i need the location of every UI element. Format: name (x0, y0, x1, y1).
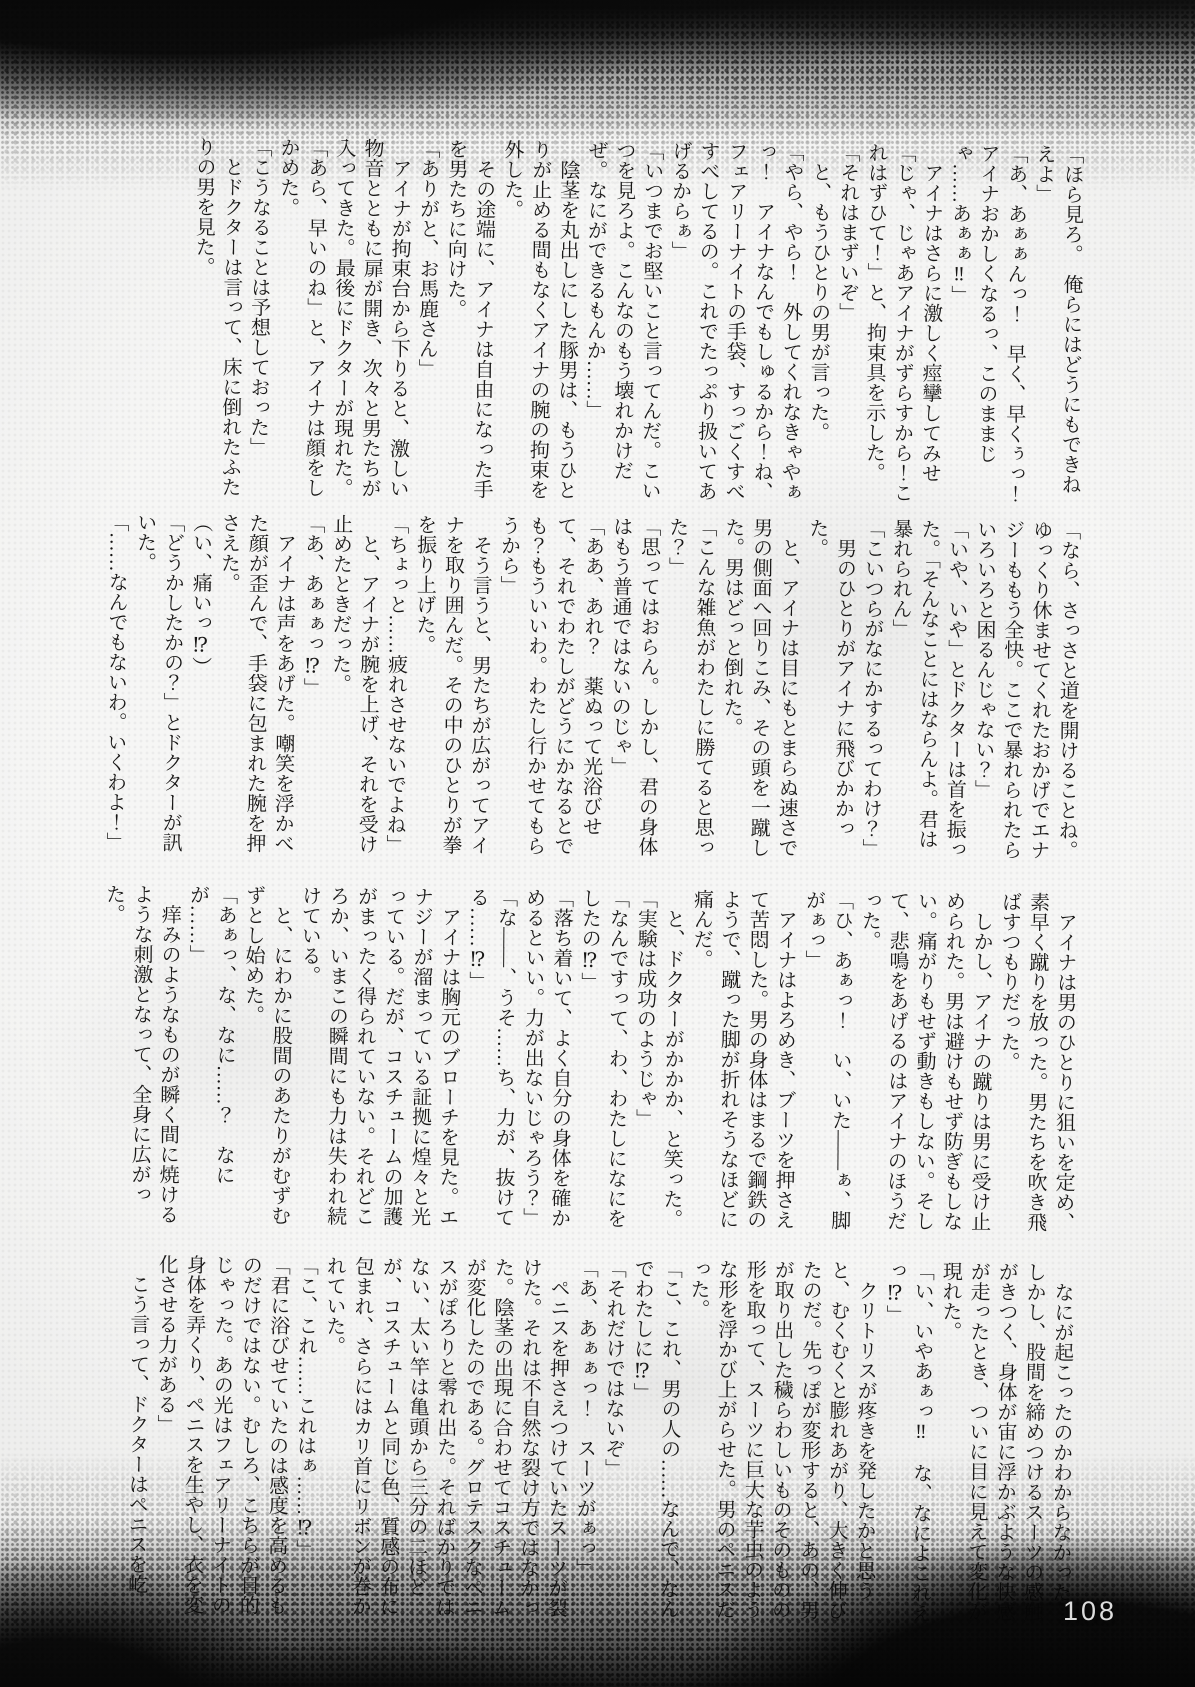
novel-page: 「ほら見ろ。 俺らにはどうにもできねえよ」 「あ、あぁぁんっ！ 早く、早くぅっ！… (0, 0, 1195, 1687)
text-layer: 「ほら見ろ。 俺らにはどうにもできねえよ」 「あ、あぁぁんっ！ 早く、早くぅっ！… (0, 0, 1195, 1687)
text-band-2: 「なら、さっさと道を開けることね。ゆっくり休ませてくれたおかげでエナジーももう全… (102, 512, 1083, 867)
text-band-1: 「ほら見ろ。 俺らにはどうにもできねえよ」 「あ、あぁぁんっ！ 早く、早くぅっ！… (105, 136, 1086, 507)
text-band-3: アイナは男のひとりに狙いを定め、素早く蹴りを放った。男たちを吹き飛ばすつもりだっ… (99, 884, 1080, 1239)
text-band-4: なにが起こったのかわからなかった。しかし、股間を締めつけるスーツの感触がきつく、… (95, 1254, 1076, 1625)
page-number: 108 (1063, 1596, 1117, 1627)
